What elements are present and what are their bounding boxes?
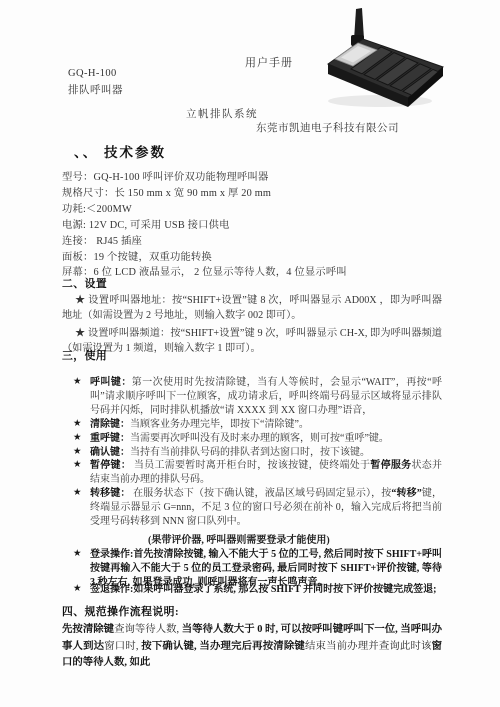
usage-item-clear-text: 清除键：当顾客业务办理完毕，即按下“清除键”。 <box>90 419 309 430</box>
section-signout: ★ 签退操作:如果呼叫器登录了系统, 那么按 SHIFT 并同时按下评价按键完成… <box>62 582 442 597</box>
product-name: 排队呼叫器 <box>68 82 123 97</box>
star-icon: ★ <box>73 487 82 501</box>
usage-item-transfer: ★ 转移键： 在服务状态下（按下确认键，液晶区域号码固定显示），按“转移”键，终… <box>62 487 442 529</box>
usage-item-transfer-text: 转移键： 在服务状态下（按下确认键，液晶区域号码固定显示），按“转移”键，终端显… <box>90 488 442 527</box>
star-icon: ★ <box>73 418 82 432</box>
section-tech-title: 、、 技术参数 <box>74 141 442 161</box>
usage-item-confirm-text: 确认键：当持有当前排队号码的排队者到达窗口时，按下该键。 <box>90 447 370 458</box>
section-usage: 三，使用 ★ 呼叫键：第一次使用时先按清除键，当有人等候时，会显示“WAIT”，… <box>62 348 442 590</box>
tech-spec-model: 型号：GQ-H-100 呼叫评价双功能物理呼叫器 <box>62 170 442 186</box>
section-flow-title: 四、规范操作流程说明: <box>62 604 442 619</box>
star-icon: ★ <box>73 446 82 460</box>
section-usage-title: 三，使用 <box>62 348 442 363</box>
star-icon: ★ <box>73 459 82 473</box>
device-photo <box>318 2 483 110</box>
usage-item-call: ★ 呼叫键：第一次使用时先按清除键，当有人等候时，会显示“WAIT”，再按“呼叫… <box>62 376 442 418</box>
star-icon: ★ <box>73 548 82 562</box>
tech-spec-size: 规格尺寸：长 150 mm x 宽 90 mm x 厚 20 mm <box>62 186 442 202</box>
section-setup-title: 二、设置 <box>62 276 442 291</box>
section-setup: 二、设置 ★ 设置呼叫器地址：按“SHIFT+设置”键 8 次，呼叫器显示 AD… <box>62 276 442 356</box>
flow-paragraph: 先按清除键查询等待人数, 当等待人数大于 0 时, 可以按呼叫键呼叫下一位, 当… <box>62 622 442 672</box>
usage-item-recall: ★ 重呼键：当需要再次呼叫没有及时来办理的顾客，则可按“重呼”键。 <box>62 432 442 446</box>
star-icon: ★ <box>73 582 82 597</box>
model-number: GQ-H-100 <box>68 68 117 79</box>
usage-item-signout: ★ 签退操作:如果呼叫器登录了系统, 那么按 SHIFT 并同时按下评价按键完成… <box>62 582 442 597</box>
manual-label: 用户手册 <box>245 54 293 70</box>
usage-item-signout-text: 签退操作:如果呼叫器登录了系统, 那么按 SHIFT 并同时按下评价按键完成签退… <box>90 584 437 595</box>
tech-spec-list: 型号：GQ-H-100 呼叫评价双功能物理呼叫器 规格尺寸：长 150 mm x… <box>62 170 442 281</box>
section-flow: 四、规范操作流程说明: 先按清除键查询等待人数, 当等待人数大于 0 时, 可以… <box>62 604 442 672</box>
tech-spec-power-src: 电源: 12V DC, 可采用 USB 接口供电 <box>62 218 442 234</box>
usage-item-pause: ★ 暂停键： 当员工需要暂时离开柜台时，按该按键，使终端处于暂停服务状态并结束当… <box>62 459 442 487</box>
section-tech: 、、 技术参数 型号：GQ-H-100 呼叫评价双功能物理呼叫器 规格尺寸：长 … <box>62 141 442 281</box>
usage-item-recall-text: 重呼键：当需要再次呼叫没有及时来办理的顾客，则可按“重呼”键。 <box>90 433 389 444</box>
evaluator-login-note: (果带评价器, 呼叫器则需要登录才能使用) <box>148 531 442 546</box>
tech-spec-power-use: 功耗:＜200MW <box>62 202 442 218</box>
tech-spec-connector: 连接： RJ45 插座 <box>62 234 442 250</box>
star-icon: ★ <box>73 432 82 446</box>
star-icon: ★ <box>73 376 82 390</box>
system-name: 立帆排队系统 <box>186 106 258 121</box>
manual-page: 用户手册 GQ-H-100 排队呼叫器 立帆排队系统 东莞市凯迪电子科技有限公司… <box>0 0 500 707</box>
usage-item-pause-text: 暂停键： 当员工需要暂时离开柜台时，按该按键，使终端处于暂停服务状态并结束当前办… <box>90 460 442 485</box>
company-name: 东莞市凯迪电子科技有限公司 <box>256 120 399 135</box>
setup-address-item: ★ 设置呼叫器地址：按“SHIFT+设置”键 8 次，呼叫器显示 AD00X ，… <box>62 293 442 324</box>
usage-item-call-text: 呼叫键：第一次使用时先按清除键，当有人等候时，会显示“WAIT”，再按“呼叫”请… <box>90 377 442 416</box>
usage-item-clear: ★ 清除键：当顾客业务办理完毕，即按下“清除键”。 <box>62 418 442 432</box>
tech-spec-panel: 面板：19 个按键，双重功能转换 <box>62 250 442 266</box>
usage-item-confirm: ★ 确认键：当持有当前排队号码的排队者到达窗口时，按下该键。 <box>62 446 442 460</box>
